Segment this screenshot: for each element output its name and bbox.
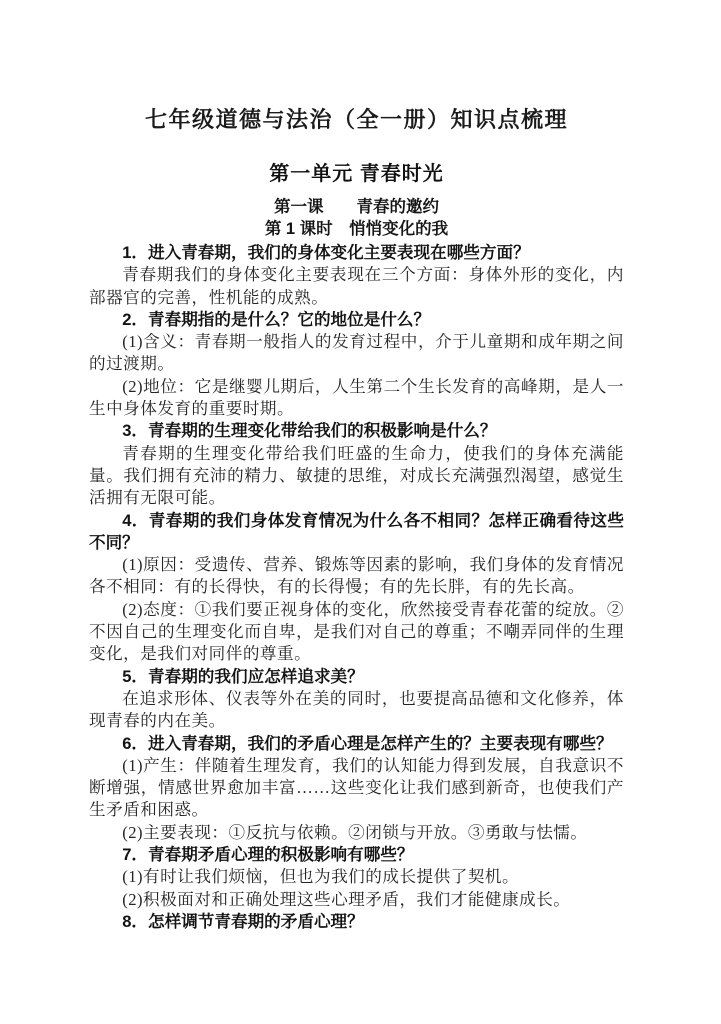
- answer-paragraph: 青春期的生理变化带给我们旺盛的生命力，使我们的身体充满能量。我们拥有充沛的精力、…: [89, 443, 624, 510]
- question-heading: 7．青春期矛盾心理的积极影响有哪些？: [89, 844, 624, 866]
- answer-paragraph: 在追求形体、仪表等外在美的同时，也要提高品德和文化修养，体现青春的内在美。: [89, 688, 624, 733]
- question-heading: 3．青春期的生理变化带给我们的积极影响是什么？: [89, 420, 624, 442]
- answer-paragraph: 青春期我们的身体变化主要表现在三个方面：身体外形的变化，内部器官的完善，性机能的…: [89, 264, 624, 309]
- question-heading: 1．进入青春期，我们的身体变化主要表现在哪些方面？: [89, 242, 624, 264]
- question-heading: 2．青春期指的是什么？它的地位是什么？: [89, 309, 624, 331]
- answer-paragraph: (2)态度：①我们要正视身体的变化，欣然接受青春花蕾的绽放。②不因自己的生理变化…: [89, 599, 624, 666]
- answer-paragraph: (1)原因：受遗传、营养、锻炼等因素的影响，我们身体的发育情况各不相同：有的长得…: [89, 554, 624, 599]
- period-heading: 第 1 课时 悄悄变化的我: [89, 218, 624, 240]
- answer-paragraph: (2)地位：它是继婴儿期后，人生第二个生长发育的高峰期，是人一生中身体发育的重要…: [89, 376, 624, 421]
- question-heading: 6．进入青春期，我们的矛盾心理是怎样产生的？主要表现有哪些？: [89, 733, 624, 755]
- qa-list: 1．进入青春期，我们的身体变化主要表现在哪些方面？青春期我们的身体变化主要表现在…: [89, 242, 624, 933]
- answer-paragraph: (1)有时让我们烦恼，但也为我们的成长提供了契机。: [89, 866, 624, 888]
- answer-paragraph: (2)主要表现：①反抗与依赖。②闭锁与开放。③勇敢与怯懦。: [89, 822, 624, 844]
- unit-heading: 第一单元 青春时光: [89, 161, 624, 187]
- question-heading: 8．怎样调节青春期的矛盾心理？: [89, 911, 624, 933]
- lesson-heading: 第一课 青春的邀约: [89, 196, 624, 218]
- question-heading: 4．青春期的我们身体发育情况为什么各不相同？怎样正确看待这些不同？: [89, 510, 624, 555]
- answer-paragraph: (1)产生：伴随着生理发育，我们的认知能力得到发展，自我意识不断增强，情感世界愈…: [89, 755, 624, 822]
- question-heading: 5．青春期的我们应怎样追求美？: [89, 666, 624, 688]
- document-page: 七年级道德与法治（全一册）知识点梳理 第一单元 青春时光 第一课 青春的邀约 第…: [0, 0, 721, 1024]
- answer-paragraph: (2)积极面对和正确处理这些心理矛盾，我们才能健康成长。: [89, 889, 624, 911]
- document-title: 七年级道德与法治（全一册）知识点梳理: [89, 106, 624, 134]
- answer-paragraph: (1)含义：青春期一般指人的发育过程中，介于儿童期和成年期之间的过渡期。: [89, 331, 624, 376]
